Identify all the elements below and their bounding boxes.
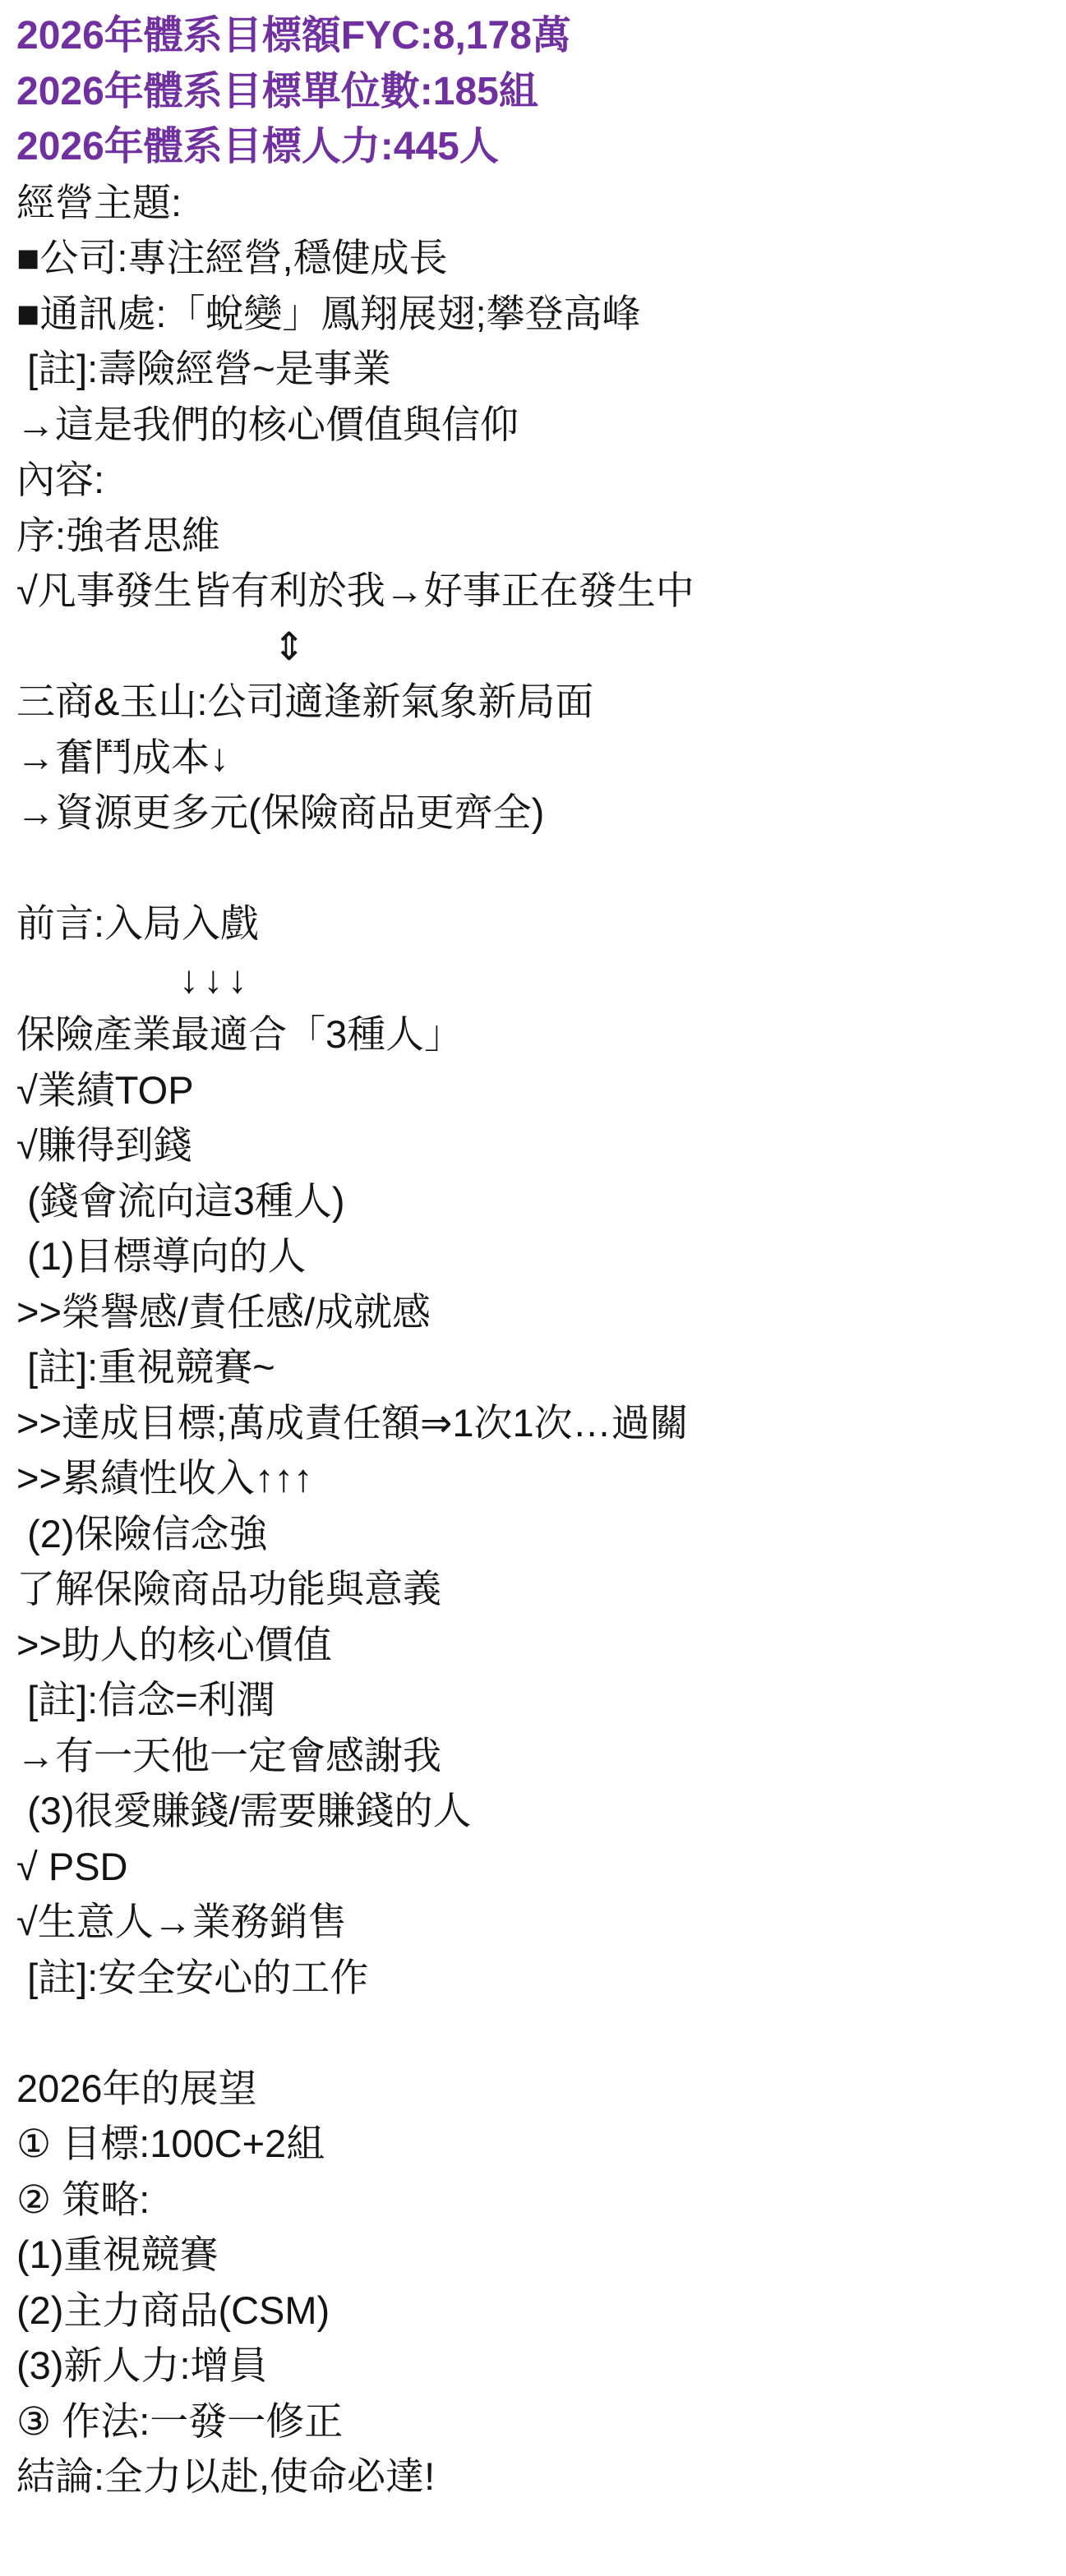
text-line: ⇕ bbox=[16, 619, 1058, 675]
text-line: (2)保險信念強 bbox=[16, 1506, 1058, 1562]
text-line: >>累績性收入↑↑↑ bbox=[16, 1450, 1058, 1506]
heading-line: 2026年體系目標人力:445人 bbox=[16, 119, 1058, 175]
text-line: →這是我們的核心價值與信仰 bbox=[16, 397, 1058, 453]
text-line: ↓↓↓ bbox=[16, 952, 1058, 1007]
text-line: (3)很愛賺錢/需要賺錢的人 bbox=[16, 1783, 1058, 1839]
text-line: (1)重視競賽 bbox=[16, 2227, 1058, 2283]
text-line: √凡事發生皆有利於我→好事正在發生中 bbox=[16, 563, 1058, 619]
text-line: 前言:入局入戲 bbox=[16, 896, 1058, 952]
document-body: 2026年體系目標額FYC:8,178萬2026年體系目標單位數:185組202… bbox=[0, 0, 1066, 2505]
text-line: √業績TOP bbox=[16, 1062, 1058, 1118]
heading-line: 2026年體系目標額FYC:8,178萬 bbox=[16, 8, 1058, 64]
text-line: [註]:壽險經營~是事業 bbox=[16, 341, 1058, 397]
text-line bbox=[16, 841, 1058, 896]
text-line: (2)主力商品(CSM) bbox=[16, 2283, 1058, 2339]
text-line: 保險產業最適合「3種人」 bbox=[16, 1007, 1058, 1062]
text-line: [註]:信念=利潤 bbox=[16, 1672, 1058, 1728]
text-line: 了解保險商品功能與意義 bbox=[16, 1561, 1058, 1617]
text-line: [註]:安全安心的工作 bbox=[16, 1950, 1058, 2006]
text-line: ① 目標:100C+2組 bbox=[16, 2116, 1058, 2172]
text-line: >>達成目標;萬成責任額⇒1次1次…過關 bbox=[16, 1395, 1058, 1451]
text-line: (1)目標導向的人 bbox=[16, 1228, 1058, 1284]
text-line: >>助人的核心價值 bbox=[16, 1617, 1058, 1673]
text-line: →奮鬥成本↓ bbox=[16, 730, 1058, 786]
text-line: 序:強者思維 bbox=[16, 508, 1058, 564]
heading-line: 2026年體系目標單位數:185組 bbox=[16, 64, 1058, 120]
text-line: 2026年的展望 bbox=[16, 2061, 1058, 2117]
text-line: 結論:全力以赴,使命必達! bbox=[16, 2449, 1058, 2505]
text-line: √ PSD bbox=[16, 1839, 1058, 1895]
text-line: →有一天他一定會感謝我 bbox=[16, 1728, 1058, 1784]
text-line: ■通訊處:「蛻變」鳳翔展翅;攀登高峰 bbox=[16, 286, 1058, 342]
text-line: (錢會流向這3種人) bbox=[16, 1173, 1058, 1229]
text-line bbox=[16, 2005, 1058, 2061]
text-line: 經營主題: bbox=[16, 175, 1058, 231]
text-line: ② 策略: bbox=[16, 2172, 1058, 2228]
text-line: √賺得到錢 bbox=[16, 1117, 1058, 1173]
text-line: ③ 作法:一發一修正 bbox=[16, 2394, 1058, 2449]
text-line: →資源更多元(保險商品更齊全) bbox=[16, 785, 1058, 841]
text-line: [註]:重視競賽~ bbox=[16, 1339, 1058, 1395]
text-line: ■公司:專注經營,穩健成長 bbox=[16, 230, 1058, 286]
text-line: (3)新人力:增員 bbox=[16, 2338, 1058, 2394]
text-line: >>榮譽感/責任感/成就感 bbox=[16, 1284, 1058, 1340]
text-line: 三商&玉山:公司適逢新氣象新局面 bbox=[16, 674, 1058, 730]
text-line: √生意人→業務銷售 bbox=[16, 1894, 1058, 1950]
text-line: 內容: bbox=[16, 452, 1058, 508]
